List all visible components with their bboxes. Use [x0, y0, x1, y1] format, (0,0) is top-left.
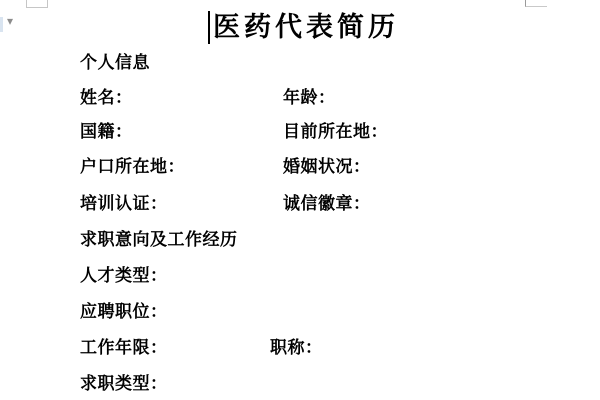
row-residence-marital: 户口所在地： 婚姻状况：: [0, 158, 600, 176]
document-title: 医药代表简历: [213, 12, 399, 43]
dropdown-arrow-icon[interactable]: ▾: [7, 15, 13, 27]
field-label-current-location: 目前所在地：: [283, 123, 388, 141]
field-label-name: 姓名：: [80, 89, 133, 107]
left-edge-button[interactable]: [0, 17, 3, 32]
field-label-desired-position: 应聘职位：: [80, 303, 168, 321]
field-label-years-of-experience: 工作年限：: [80, 339, 168, 357]
field-label-nationality: 国籍：: [80, 123, 133, 141]
partial-toolbar-box-right: [525, 0, 547, 7]
field-label-job-title: 职称：: [270, 339, 323, 357]
row-desired-position: 应聘职位：: [0, 303, 600, 321]
field-label-training-certification: 培训认证：: [80, 195, 168, 213]
field-label-job-type: 求职类型：: [80, 375, 168, 393]
field-label-marital-status: 婚姻状况：: [283, 158, 371, 176]
row-job-type: 求职类型：: [0, 375, 600, 393]
row-training-integrity: 培训认证： 诚信徽章：: [0, 195, 600, 213]
field-label-integrity-badge: 诚信徽章：: [283, 195, 371, 213]
section-heading-label: 求职意向及工作经历: [80, 231, 238, 249]
document-page[interactable]: ▾ 医药代表简历 个人信息 姓名： 年龄： 国籍： 目前所在地： 户口所在地： …: [0, 0, 600, 400]
row-experience-title: 工作年限： 职称：: [0, 339, 600, 357]
partial-toolbar-box-left: [26, 0, 48, 8]
field-label-talent-type: 人才类型：: [80, 267, 168, 285]
field-label-age: 年龄：: [283, 89, 336, 107]
section-heading-personal-info: 个人信息: [0, 54, 600, 72]
field-label-registered-residence: 户口所在地：: [80, 158, 185, 176]
row-name-age: 姓名： 年龄：: [0, 89, 600, 107]
row-nationality-location: 国籍： 目前所在地：: [0, 123, 600, 141]
section-heading-label: 个人信息: [80, 54, 150, 72]
section-heading-job-intention: 求职意向及工作经历: [0, 231, 600, 249]
text-cursor: [208, 11, 210, 44]
row-talent-type: 人才类型：: [0, 267, 600, 285]
